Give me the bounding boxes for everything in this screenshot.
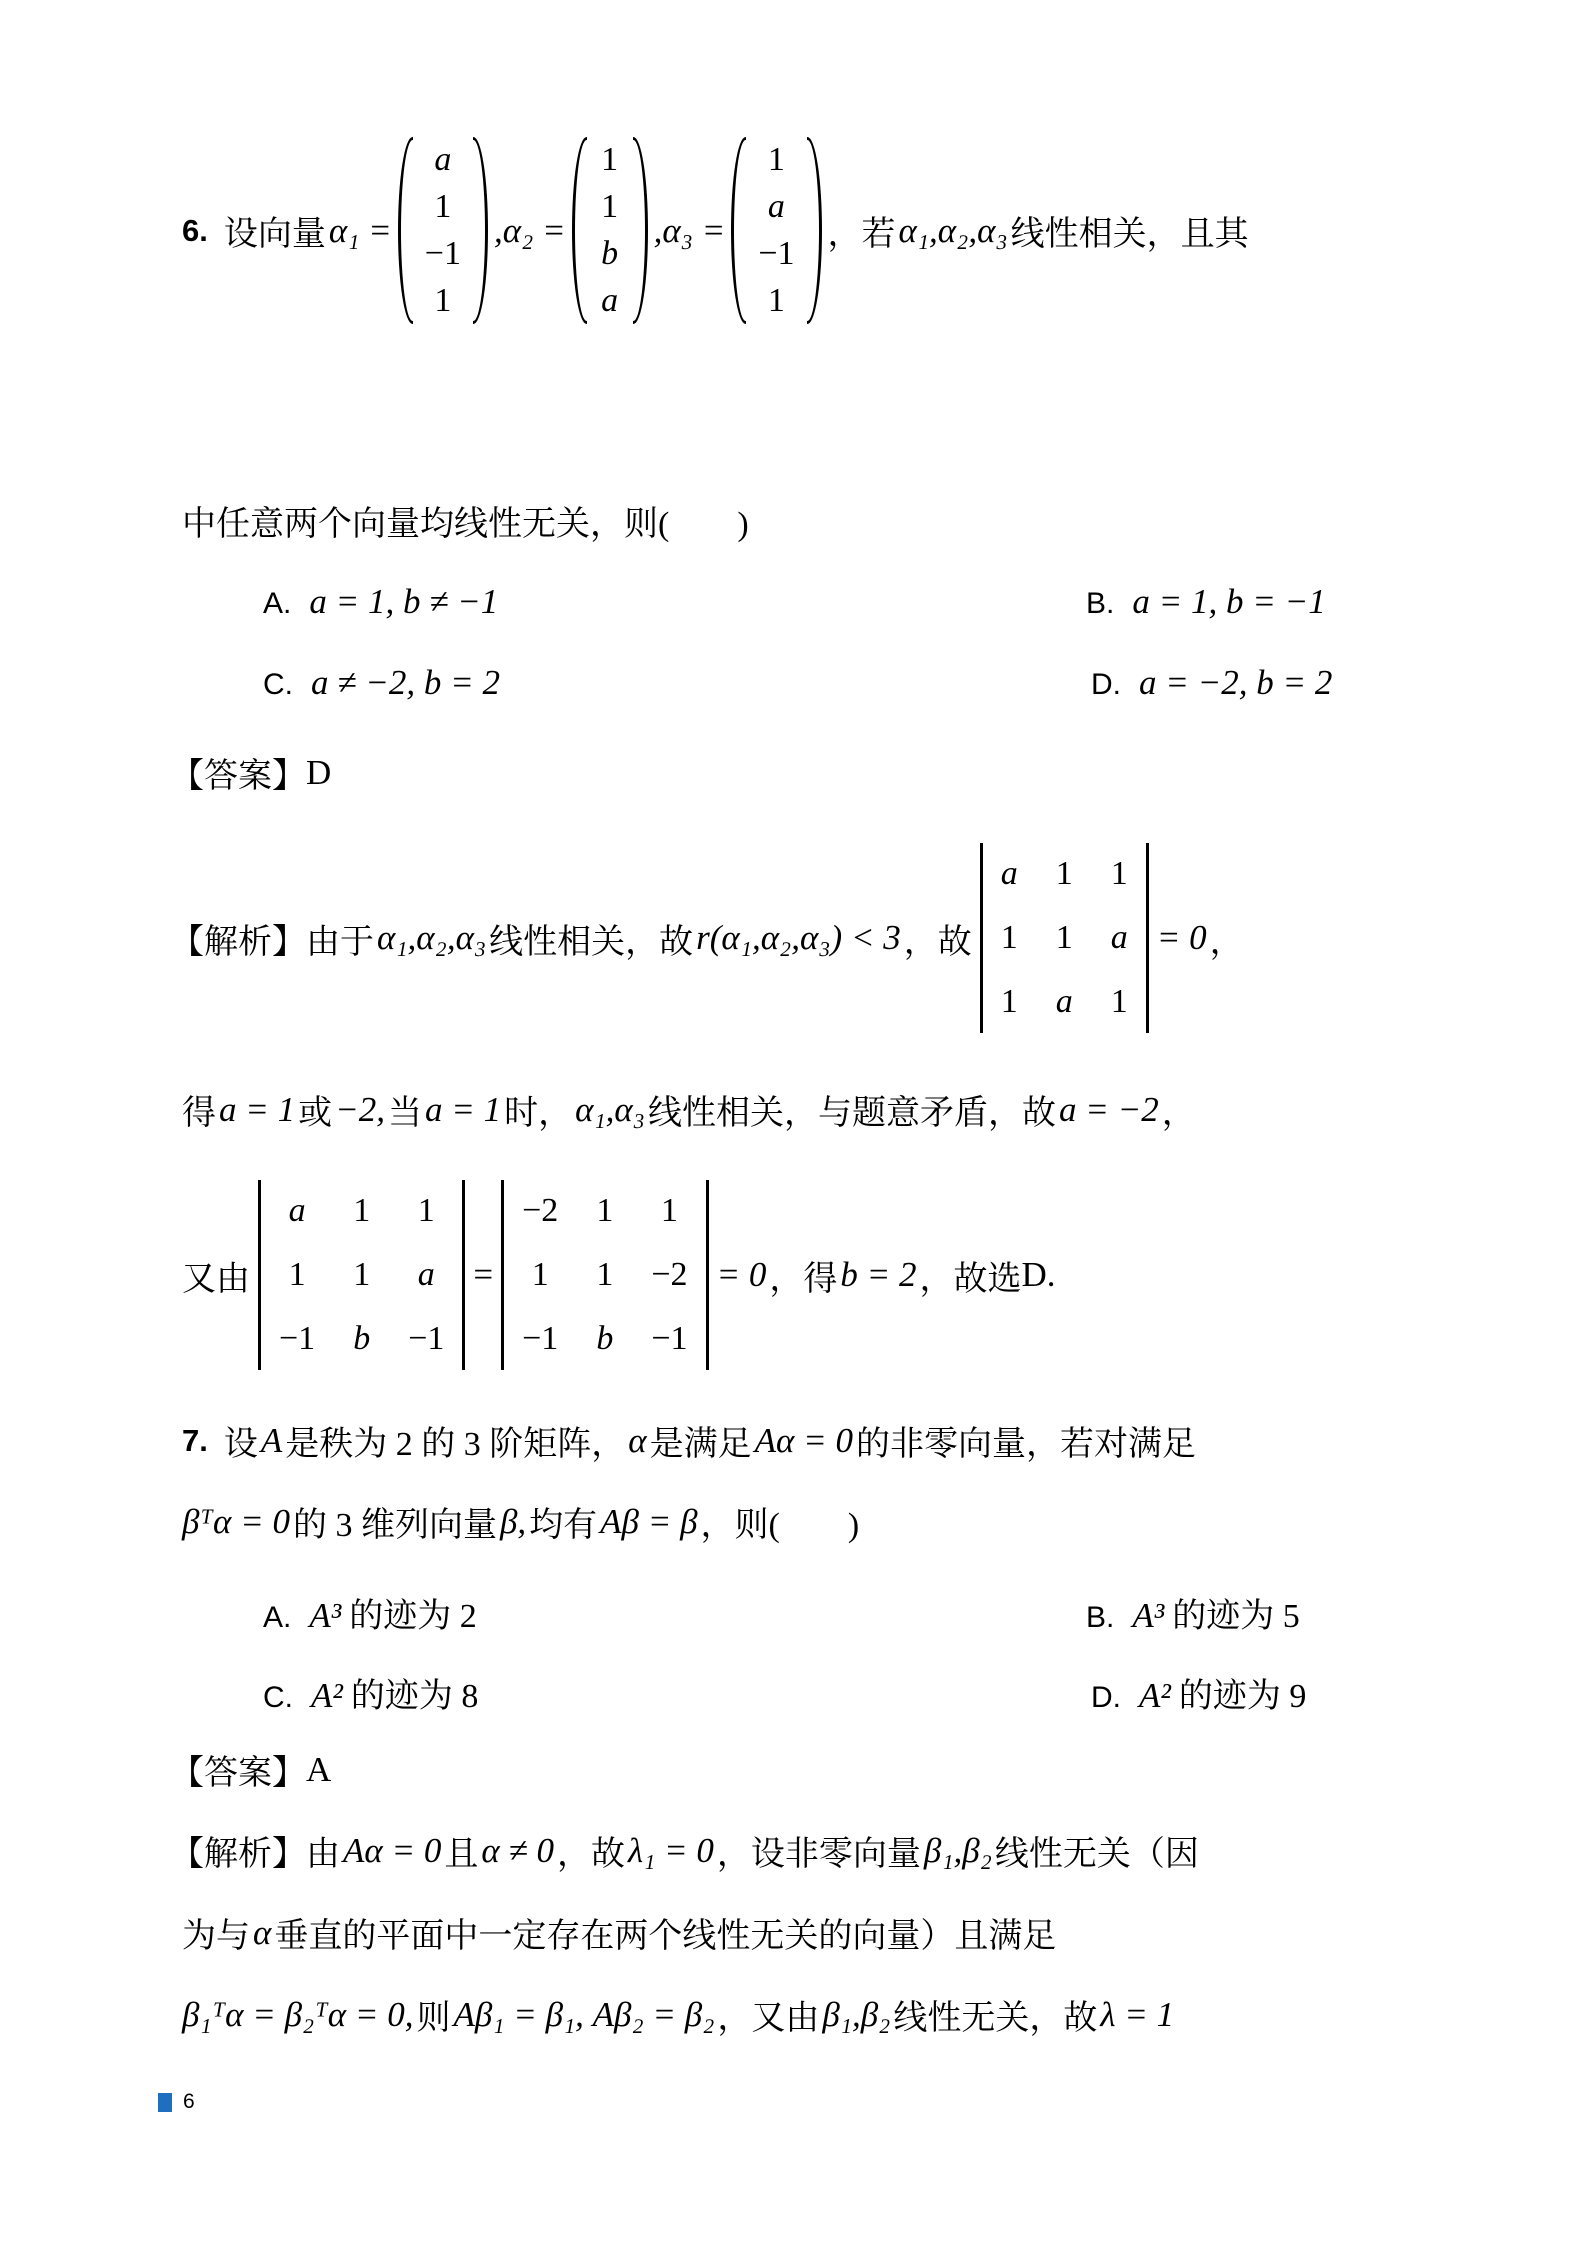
det-cell: a bbox=[1056, 985, 1073, 1019]
math-segment: a = −2 bbox=[1059, 1090, 1159, 1130]
math-segment: β₁ᵀα = β₂ᵀα = 0, bbox=[182, 1995, 413, 2035]
matrix-cell: −1 bbox=[425, 237, 461, 271]
option-expr: a = 1, b = −1 bbox=[1132, 582, 1325, 622]
text-segment: ，故 bbox=[904, 914, 972, 963]
left-paren bbox=[572, 137, 587, 324]
det-cell: a bbox=[289, 1194, 306, 1228]
left-paren bbox=[398, 137, 413, 324]
text-segment: 是秩为 2 的 3 阶矩阵， bbox=[285, 1416, 625, 1465]
matrix-cell: 1 bbox=[434, 190, 451, 224]
q6-intro-alphas: α₁,α₂,α₃ bbox=[899, 211, 1008, 251]
option-label: B. bbox=[1086, 1601, 1114, 1635]
analysis-label: 【解析】由 bbox=[170, 1826, 340, 1875]
q6-answer-value: D bbox=[306, 753, 331, 793]
matrix-cell: b bbox=[601, 237, 618, 271]
option-math: A³ bbox=[1132, 1596, 1164, 1636]
q7-option-d: D. A² 的迹为 9 bbox=[1091, 1668, 1306, 1717]
option-text: 的迹为 5 bbox=[1172, 1588, 1300, 1637]
answer-label: 【答案】 bbox=[170, 1745, 306, 1794]
matrix-cell: 1 bbox=[768, 143, 785, 177]
det-cell: b bbox=[596, 1322, 613, 1356]
q6-vector-alpha2: 1 1 b a bbox=[572, 137, 648, 324]
q6-vector-alpha3: 1 a −1 1 bbox=[731, 137, 821, 324]
option-math: A³ bbox=[309, 1596, 341, 1636]
text-segment: 得 bbox=[182, 1085, 216, 1134]
text-segment: 垂直的平面中一定存在两个线性无关的向量）且满足 bbox=[274, 1908, 1056, 1957]
right-paren bbox=[633, 137, 648, 324]
text-segment: 当 bbox=[388, 1085, 422, 1134]
option-text: 的迹为 2 bbox=[349, 1588, 477, 1637]
det-cell: 1 bbox=[1001, 921, 1018, 955]
det-cell: 1 bbox=[1056, 857, 1073, 891]
det-cell: 1 bbox=[418, 1194, 435, 1228]
text-segment: 是满足 bbox=[650, 1416, 752, 1465]
det-cell: −1 bbox=[279, 1322, 315, 1356]
math-segment: r(α₁,α₂,α₃) < 3 bbox=[696, 918, 901, 958]
q6-line2: 中任意两个向量均线性无关，则( ) bbox=[182, 496, 749, 545]
option-text: 的迹为 8 bbox=[351, 1668, 479, 1717]
det-cell: −2 bbox=[522, 1194, 558, 1228]
page-marker-icon bbox=[158, 2093, 172, 2112]
q6-analysis-line1: 【解析】由于 α₁,α₂,α₃ 线性相关，故 r(α₁,α₂,α₃) < 3 ，… bbox=[170, 838, 1244, 1038]
q6-alpha2-label: α₂ = bbox=[503, 211, 566, 251]
q6-option-c: C. a ≠ −2, b = 2 bbox=[263, 663, 500, 703]
q6-intro-pre: 设向量 bbox=[224, 206, 326, 255]
chosen-option: D. bbox=[1022, 1255, 1056, 1295]
q6-answer-line: 【答案】 D bbox=[170, 748, 331, 797]
text-segment: 线性无关，故 bbox=[893, 1990, 1097, 2039]
math-segment: β₁,β₂ bbox=[924, 1831, 992, 1871]
det-cell: 1 bbox=[661, 1194, 678, 1228]
math-segment: β, bbox=[500, 1502, 526, 1542]
text-segment: 时， bbox=[504, 1085, 572, 1134]
det-cell: a bbox=[1111, 921, 1128, 955]
option-expr: a = 1, b ≠ −1 bbox=[309, 582, 498, 622]
option-label: B. bbox=[1086, 587, 1114, 621]
q6-vector-alpha1: a 1 −1 1 bbox=[398, 137, 488, 324]
option-text: 的迹为 9 bbox=[1179, 1668, 1307, 1717]
q6-intro-line: 6. 设向量 α₁ = a 1 −1 1 , α₂ = 1 1 b a , bbox=[182, 128, 1249, 333]
q7-answer-value: A bbox=[306, 1750, 331, 1790]
text-segment: 的非零向量，若对满足 bbox=[856, 1416, 1196, 1465]
matrix-cell: 1 bbox=[434, 284, 451, 318]
math-segment: b = 2 bbox=[840, 1255, 916, 1295]
math-segment: a = 1 bbox=[219, 1090, 295, 1130]
text-segment: ， bbox=[1162, 1085, 1196, 1134]
text-segment: 的 3 维列向量 bbox=[293, 1497, 497, 1546]
text-segment: 设 bbox=[224, 1416, 258, 1465]
text-segment: ，得 bbox=[769, 1251, 837, 1300]
q6-alpha1-label: α₁ = bbox=[329, 211, 392, 251]
comma: , bbox=[654, 211, 663, 251]
q7-analysis-line3: β₁ᵀα = β₂ᵀα = 0, 则 Aβ₁ = β₁, Aβ₂ = β₂ ，又… bbox=[182, 1990, 1174, 2039]
math-segment: α ≠ 0 bbox=[481, 1831, 554, 1871]
det-cell: a bbox=[1001, 857, 1018, 891]
math-segment: Aβ₁ = β₁, Aβ₂ = β₂ bbox=[453, 1995, 714, 2035]
analysis-label: 【解析】由于 bbox=[170, 914, 374, 963]
q7-answer-line: 【答案】 A bbox=[170, 1745, 331, 1794]
right-paren bbox=[807, 137, 822, 324]
math-segment: = 0 bbox=[717, 1255, 767, 1295]
option-label: C. bbox=[263, 1681, 293, 1715]
q6-alpha3-label: α₃ = bbox=[662, 211, 725, 251]
det-cell: b bbox=[353, 1322, 370, 1356]
matrix-cell: a bbox=[601, 284, 618, 318]
q7-analysis-line2: 为与 α 垂直的平面中一定存在两个线性无关的向量）且满足 bbox=[182, 1908, 1056, 1957]
det-cell: 1 bbox=[353, 1194, 370, 1228]
math-segment: −2, bbox=[335, 1090, 385, 1130]
q7-line2: βᵀα = 0 的 3 维列向量 β, 均有 Aβ = β ，则( ) bbox=[182, 1497, 859, 1546]
option-label: A. bbox=[263, 1601, 291, 1635]
math-segment: α₁,α₂,α₃ bbox=[377, 918, 486, 958]
det-cell: −2 bbox=[651, 1258, 687, 1292]
page-number: 6 bbox=[183, 2090, 195, 2114]
det-cell: 1 bbox=[353, 1258, 370, 1292]
option-expr: a ≠ −2, b = 2 bbox=[311, 663, 500, 703]
q6-analysis-line3: 又由 a 1 1 1 1 a −1 b −1 = −2 1 1 1 1 −2 −… bbox=[182, 1175, 1056, 1375]
math-segment: Aα = 0 bbox=[343, 1831, 441, 1871]
q7-number: 7. bbox=[182, 1423, 208, 1459]
q6-intro-tail: 线性相关，且其 bbox=[1011, 206, 1249, 255]
text-segment: 或 bbox=[298, 1085, 332, 1134]
page-footer: 6 bbox=[158, 2090, 195, 2114]
det-cell: 1 bbox=[1056, 921, 1073, 955]
q6-number: 6. bbox=[182, 213, 208, 249]
det-cell: −1 bbox=[522, 1322, 558, 1356]
right-paren bbox=[473, 137, 488, 324]
document-page: 6. 设向量 α₁ = a 1 −1 1 , α₂ = 1 1 b a , bbox=[0, 0, 1587, 2245]
det-cell: a bbox=[418, 1258, 435, 1292]
det-cell: 1 bbox=[1111, 985, 1128, 1019]
q7-option-c: C. A² 的迹为 8 bbox=[263, 1668, 478, 1717]
matrix-cell: −1 bbox=[758, 237, 794, 271]
answer-label: 【答案】 bbox=[170, 748, 306, 797]
equals-sign: = bbox=[473, 1255, 493, 1295]
det-cell: 1 bbox=[596, 1194, 613, 1228]
det-cell: 1 bbox=[532, 1258, 549, 1292]
q6-analysis-line2: 得 a = 1 或 −2, 当 a = 1 时， α₁,α₃ 线性相关，与题意矛… bbox=[182, 1085, 1196, 1134]
option-math: A² bbox=[311, 1676, 343, 1716]
q7-option-b: B. A³ 的迹为 5 bbox=[1086, 1588, 1300, 1637]
q7-line1: 7. 设 A 是秩为 2 的 3 阶矩阵， α 是满足 Aα = 0 的非零向量… bbox=[182, 1416, 1196, 1465]
matrix-cell: a bbox=[434, 143, 451, 177]
q6-option-d: D. a = −2, b = 2 bbox=[1091, 663, 1332, 703]
matrix-cell: a bbox=[768, 190, 785, 224]
det-cell: −1 bbox=[408, 1322, 444, 1356]
text-segment: ，又由 bbox=[717, 1990, 819, 2039]
text-segment: ，故 bbox=[557, 1826, 625, 1875]
math-segment: = 0 bbox=[1157, 918, 1207, 958]
matrix-cell: 1 bbox=[768, 284, 785, 318]
math-segment: α₁,α₃ bbox=[575, 1090, 645, 1130]
math-segment: A bbox=[261, 1421, 282, 1461]
math-segment: a = 1 bbox=[425, 1090, 501, 1130]
text-segment: 且 bbox=[444, 1826, 478, 1875]
q6-option-a: A. a = 1, b ≠ −1 bbox=[263, 582, 498, 622]
det-cell: 1 bbox=[596, 1258, 613, 1292]
math-segment: α bbox=[628, 1421, 646, 1461]
comma: , bbox=[494, 211, 503, 251]
text-segment: 又由 bbox=[182, 1251, 250, 1300]
text-segment: ，设非零向量 bbox=[717, 1826, 921, 1875]
math-segment: λ₁ = 0 bbox=[628, 1831, 714, 1871]
option-label: D. bbox=[1091, 668, 1121, 702]
det-cell: 1 bbox=[289, 1258, 306, 1292]
text-segment: 线性无关（因 bbox=[995, 1826, 1199, 1875]
text-segment: 均有 bbox=[529, 1497, 597, 1546]
matrix-cell: 1 bbox=[601, 143, 618, 177]
text-segment: 则 bbox=[416, 1990, 450, 2039]
det-cell: 1 bbox=[1111, 857, 1128, 891]
option-label: C. bbox=[263, 668, 293, 702]
determinant-2: a 1 1 1 1 a −1 b −1 bbox=[258, 1180, 465, 1370]
math-segment: Aβ = β bbox=[600, 1502, 697, 1542]
math-segment: β₁,β₂ bbox=[822, 1995, 890, 2035]
text-segment: 为与 bbox=[182, 1908, 250, 1957]
det-cell: 1 bbox=[1001, 985, 1018, 1019]
q6-intro-mid: ，若 bbox=[828, 206, 896, 255]
det-cell: −1 bbox=[651, 1322, 687, 1356]
determinant-3: −2 1 1 1 1 −2 −1 b −1 bbox=[501, 1180, 708, 1370]
math-segment: α bbox=[253, 1913, 271, 1953]
q6-option-b: B. a = 1, b = −1 bbox=[1086, 582, 1326, 622]
left-paren bbox=[731, 137, 746, 324]
text-segment: ， bbox=[1210, 914, 1244, 963]
text-segment: ，则( ) bbox=[701, 1497, 860, 1546]
option-label: A. bbox=[263, 587, 291, 621]
option-math: A² bbox=[1139, 1676, 1171, 1716]
text-segment: 线性相关，故 bbox=[489, 914, 693, 963]
math-segment: βᵀα = 0 bbox=[182, 1502, 290, 1542]
option-expr: a = −2, b = 2 bbox=[1139, 663, 1332, 703]
math-segment: λ = 1 bbox=[1100, 1995, 1174, 2035]
matrix-cell: 1 bbox=[601, 190, 618, 224]
text-segment: 线性相关，与题意矛盾，故 bbox=[648, 1085, 1056, 1134]
determinant-1: a 1 1 1 1 a 1 a 1 bbox=[980, 843, 1149, 1033]
option-label: D. bbox=[1091, 1681, 1121, 1715]
text-segment: ，故选 bbox=[920, 1251, 1022, 1300]
q7-analysis-line1: 【解析】由 Aα = 0 且 α ≠ 0 ，故 λ₁ = 0 ，设非零向量 β₁… bbox=[170, 1826, 1199, 1875]
q7-option-a: A. A³ 的迹为 2 bbox=[263, 1588, 477, 1637]
math-segment: Aα = 0 bbox=[755, 1421, 853, 1461]
